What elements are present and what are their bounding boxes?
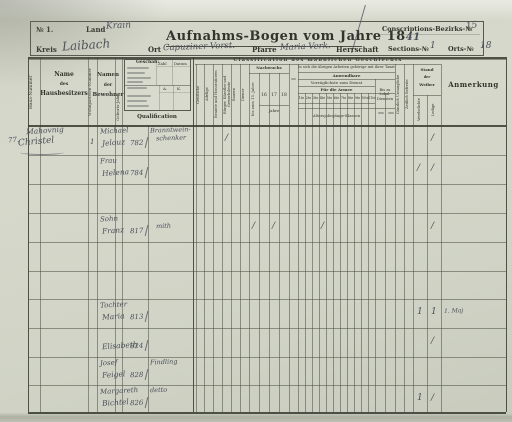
illegible-microtext xyxy=(127,81,143,83)
birth-year-handwritten: 824 xyxy=(130,342,144,350)
anwendbare-line2: Anwendbare xyxy=(298,73,395,78)
pen-mark: ∕ xyxy=(225,133,228,143)
weiber-col-2: Ledige xyxy=(431,96,438,124)
grid-line-v xyxy=(404,64,405,412)
column-header-hausbesitzer: Name des Hausbesitzers xyxy=(40,70,88,100)
sections-label: Sections-№ xyxy=(388,45,429,53)
weiber-t1: Stand xyxy=(413,66,441,74)
classification-col-label: Bauern xyxy=(232,66,240,123)
grid-line-v xyxy=(97,57,98,412)
pen-mark: ∕ xyxy=(417,163,420,173)
classification-col-label: Bürger, Künstler und Gewerbsleute xyxy=(223,66,231,123)
hdr-owner-3: Hausbesitzers xyxy=(40,89,88,100)
klasse-col-label: 9te xyxy=(354,96,361,100)
klasse-col-label: 7te xyxy=(340,96,347,100)
hdr-owner-2: des xyxy=(40,81,88,89)
grid-line-h xyxy=(28,412,506,414)
pen-mark: ∕ xyxy=(272,221,275,231)
grid-line-h xyxy=(28,213,506,214)
grid-line-v xyxy=(361,93,362,412)
form-title-year-handwritten: 41 xyxy=(406,32,421,43)
nachwuchs-bis15: bis zum 15. Jahre xyxy=(250,76,258,122)
event-box-k: K. xyxy=(177,86,181,91)
orts-label: Orts-№ xyxy=(448,45,474,53)
event-box-a: A. xyxy=(163,86,167,91)
klasse-col-label: 3te xyxy=(312,96,319,100)
illegible-microtext xyxy=(127,95,151,97)
resident-name-handwritten: Margareth xyxy=(100,386,139,396)
grid-line-v xyxy=(122,57,123,412)
pen-mark: ∕ xyxy=(431,393,434,403)
occupation-handwritten: Findling xyxy=(150,358,178,367)
grid-line-v xyxy=(347,93,348,412)
illegible-microtext xyxy=(291,78,296,80)
grid-line-v xyxy=(28,57,29,412)
grid-line-v xyxy=(326,93,327,412)
birth-year-handwritten: 813 xyxy=(130,313,144,321)
event-box-title: Geschah: xyxy=(136,60,159,65)
illegible-microtext xyxy=(127,72,145,74)
age-col-label: 18 xyxy=(280,93,288,98)
anwendbare-line1: In sich die übrigen Arbeiten gehörige mi… xyxy=(298,65,395,69)
illegible-microtext xyxy=(127,67,149,69)
hdr-bew-1: Namen xyxy=(88,70,128,81)
grid-line-v xyxy=(395,64,396,412)
pfarre-label: Pfarre xyxy=(252,45,277,54)
illegible-microtext xyxy=(127,77,151,79)
kreis-value-handwritten: Laibach xyxy=(62,36,111,53)
grid-line-h xyxy=(249,73,289,74)
classification-col-label: Diener xyxy=(241,66,249,123)
grid-line-h xyxy=(28,271,506,272)
weiber-col-1: Verehelichte xyxy=(417,96,424,124)
grid-line-v xyxy=(333,93,334,412)
birth-year-handwritten: 826 xyxy=(130,399,144,407)
herrschaft-label: Herrschaft xyxy=(336,45,379,54)
owner-name-handwritten: Christel xyxy=(18,135,55,148)
grid-line-h xyxy=(28,125,506,127)
resident-name-handwritten: Sohn xyxy=(100,215,118,224)
grid-line-v xyxy=(354,93,355,412)
pen-mark: ∕ xyxy=(321,221,324,231)
klasse-col-label: 5te xyxy=(326,96,333,100)
qualification-label: Qualification xyxy=(122,114,192,120)
pen-mark: ∕ xyxy=(431,133,434,143)
grid-line-h xyxy=(298,103,375,104)
klasse-col-label: 2te xyxy=(305,96,312,100)
owner-name-handwritten: Mahovnig xyxy=(26,125,64,137)
resident-name-handwritten: Bichtel xyxy=(102,397,129,408)
land-value-handwritten: Krain xyxy=(106,20,132,31)
resident-name-handwritten: Helena xyxy=(102,167,130,178)
age-col-label: 17 xyxy=(270,93,278,98)
pen-mark: ∕ xyxy=(252,221,255,231)
classification-col-label: Beamte und Honoratioren xyxy=(214,66,222,123)
pen-mark: 1 xyxy=(417,307,423,317)
nachwuchs-jahre: Jahre xyxy=(259,108,289,113)
owner-flourish xyxy=(20,150,64,155)
grid-line-h xyxy=(413,95,441,96)
age-col-label: 16 xyxy=(260,93,268,98)
classification-col-label: Adelige xyxy=(205,66,213,123)
form-number: № 1. xyxy=(36,25,53,34)
anwendbare-line4: Für die Armee xyxy=(298,87,375,92)
klasse-col-label: 10te xyxy=(361,96,368,100)
resident-name-handwritten: Maria xyxy=(102,311,125,322)
weiber-t3: Weiber xyxy=(413,81,441,89)
land-label: Land xyxy=(86,25,105,34)
wohnpartei-number-handwritten: 1 xyxy=(90,138,94,146)
klasse-col-label: 11te xyxy=(368,96,375,100)
abgang-col-1: Gänzlich Untaugliche xyxy=(396,66,404,123)
abgang-col-2: Zeitlich Befreite xyxy=(405,66,413,123)
grid-line-v xyxy=(427,95,428,412)
klasse-col-label: 4te xyxy=(319,96,326,100)
klasse-col-label: 8te xyxy=(347,96,354,100)
resident-name-handwritten: Michael xyxy=(100,126,129,135)
resident-name-handwritten: Josef xyxy=(100,359,118,368)
grid-line-v xyxy=(319,93,320,412)
column-header-geburtsjahr: Geburts-Jahr xyxy=(115,92,122,124)
illegible-microtext xyxy=(388,112,394,114)
resident-name-handwritten: Tochter xyxy=(100,300,127,309)
grid-line-h xyxy=(28,299,506,300)
grid-line-v xyxy=(305,93,306,412)
birth-year-handwritten: 817 xyxy=(130,227,144,235)
occupation-handwritten: detto xyxy=(150,386,167,395)
grid-line-v xyxy=(88,57,89,412)
orts-value-handwritten: 18 xyxy=(480,41,491,51)
grid-line-h xyxy=(28,357,506,358)
grid-line-h xyxy=(195,64,441,65)
klasse-col-label: 6te xyxy=(333,96,340,100)
illegible-microtext xyxy=(127,105,149,107)
ort-label: Ort xyxy=(148,45,161,54)
illegible-microtext xyxy=(378,112,384,114)
pen-mark: 1. Maj xyxy=(444,306,494,315)
grid-line-v xyxy=(312,93,313,412)
grid-line-v xyxy=(298,64,299,412)
grid-line-v xyxy=(193,57,194,412)
illegible-microtext xyxy=(127,87,147,89)
conscription-value-handwritten: 15 xyxy=(465,20,478,31)
occupation-handwritten: schenker xyxy=(156,133,186,142)
grid-line-h xyxy=(298,72,395,73)
paper-bottom-edge xyxy=(0,413,512,422)
resident-name-handwritten: Jelouz xyxy=(102,137,126,148)
grid-line-h xyxy=(28,385,506,386)
column-header-haus-nummer: Haus-Nummer xyxy=(29,62,39,122)
grid-line-v xyxy=(413,64,414,412)
pen-mark: ∕ xyxy=(431,336,434,346)
sections-value-handwritten: 1 xyxy=(430,41,436,51)
grid-line-h xyxy=(28,155,506,156)
pen-mark: 1 xyxy=(417,393,423,403)
grid-line-v xyxy=(289,64,290,412)
anmerkung-label: Anmerkung xyxy=(441,80,506,89)
grid-line-v xyxy=(375,79,376,412)
grid-line-h xyxy=(298,93,395,94)
grid-line-v xyxy=(249,64,250,412)
weiber-title: Stand der Weiber xyxy=(413,66,441,89)
occupation-handwritten: mith xyxy=(156,222,171,231)
birth-year-handwritten: 782 xyxy=(130,139,144,147)
grid-line-h xyxy=(28,328,506,329)
weiber-t2: der xyxy=(413,74,441,81)
classification-col-label: Geistliche xyxy=(196,66,204,123)
scanned-census-form: № 1. Land Krain Conscriptions-Bezirks-№ … xyxy=(0,0,512,422)
kreis-label: Kreis xyxy=(36,45,57,54)
pfarre-value-handwritten: Maria Verk. xyxy=(280,41,331,53)
illegible-microtext xyxy=(127,100,147,102)
grid-line-v xyxy=(368,93,369,412)
pen-mark: ∕ xyxy=(431,163,434,173)
birth-year-handwritten: 784 xyxy=(130,169,144,177)
grid-line-v xyxy=(385,93,386,412)
grid-line-h xyxy=(298,86,375,87)
klassen-footer: Altersjahrgänge-Klassen xyxy=(298,113,375,118)
pen-mark: ∕ xyxy=(431,221,434,231)
grid-line-v xyxy=(40,57,41,412)
grid-line-h xyxy=(259,105,289,106)
grid-line-h xyxy=(28,242,506,243)
resident-name-handwritten: Feigel xyxy=(102,369,126,380)
grid-line-v xyxy=(340,93,341,412)
klasse-col-label: 1te xyxy=(298,96,305,100)
birth-year-handwritten: 828 xyxy=(130,371,144,379)
event-box-zahl: Zahl xyxy=(158,61,167,66)
anwendbare-line3: Vorzüglichste zum Dienst xyxy=(298,80,375,85)
grid-line-v xyxy=(506,57,507,412)
resident-name-handwritten: Frau xyxy=(100,157,117,166)
grid-line-v xyxy=(441,64,442,412)
grid-line-h xyxy=(28,59,506,60)
pen-mark: 1 xyxy=(431,307,437,317)
grid-line-h xyxy=(298,79,395,80)
grid-line-h xyxy=(28,184,506,185)
grid-line-h xyxy=(298,108,395,109)
resident-name-handwritten: Franz xyxy=(102,225,125,236)
nachwuchs-title: Nachwuchs xyxy=(249,65,289,70)
hdr-owner-1: Name xyxy=(40,70,88,81)
hdr-bew-2: der xyxy=(88,81,128,90)
